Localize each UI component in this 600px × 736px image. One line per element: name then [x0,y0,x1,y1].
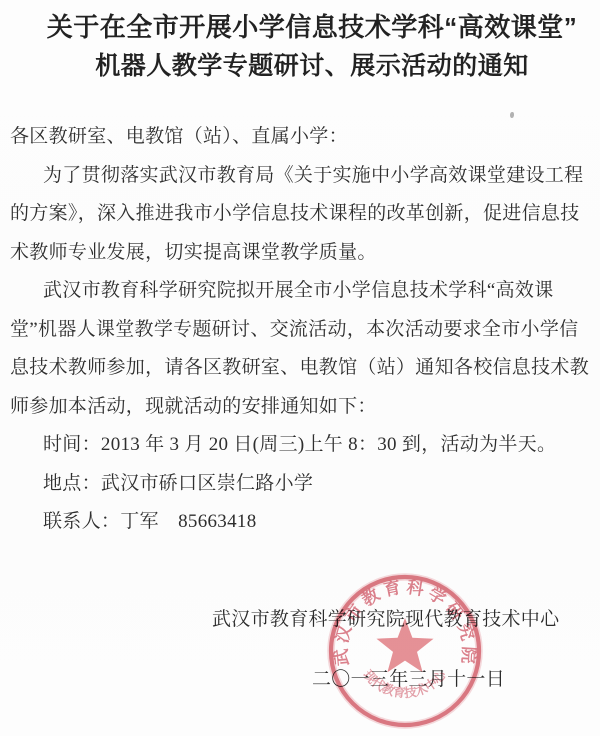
body-line: 为了贯彻落实武汉市教育局《关于实施中小学高效课堂建设工程 [10,157,592,196]
official-seal-stamp: 武汉市教育科学研究院 现代教育技术中心 [325,571,485,731]
notice-title-line1: 关于在全市开展小学信息技术学科“高效课堂” [12,8,600,46]
body-line: 的方案》，深入推进我市小学信息技术课程的改革创新，促进信息技 [10,195,592,234]
body-line: 堂”机器人课堂教学专题研讨、交流活动，本次活动要求全市小学信 [10,311,592,350]
seal-star-icon [377,618,434,672]
notice-body: 各区教研室、电教馆（站）、直属小学： 为了贯彻落实武汉市教育局《关于实施中小学高… [10,118,592,542]
document-page: 关于在全市开展小学信息技术学科“高效课堂” 机器人教学专题研讨、展示活动的通知 … [0,0,600,736]
body-line: 术教师专业发展，切实提高课堂教学质量。 [10,234,592,273]
notice-title: 关于在全市开展小学信息技术学科“高效课堂” 机器人教学专题研讨、展示活动的通知 [12,8,600,86]
body-line-location: 地点：武汉市硚口区崇仁路小学 [10,465,592,504]
scan-artifact-speck [510,112,514,118]
body-line-salutation: 各区教研室、电教馆（站）、直属小学： [10,118,592,157]
body-line-time: 时间：2013 年 3 月 20 日(周三)上午 8：30 到，活动为半天。 [10,426,592,465]
body-line: 武汉市教育科学研究院拟开展全市小学信息技术学科“高效课 [10,272,592,311]
body-line: 息技术教师参加，请各区教研室、电教馆（站）通知各校信息技术教 [10,349,592,388]
body-line-contact: 联系人：丁军 85663418 [10,503,592,542]
svg-text:现代教育技术中心: 现代教育技术中心 [360,666,449,700]
body-line: 师参加本活动，现就活动的安排通知如下： [10,388,592,427]
seal-bottom-text: 现代教育技术中心 [360,666,449,700]
notice-title-line2: 机器人教学专题研讨、展示活动的通知 [12,46,600,86]
